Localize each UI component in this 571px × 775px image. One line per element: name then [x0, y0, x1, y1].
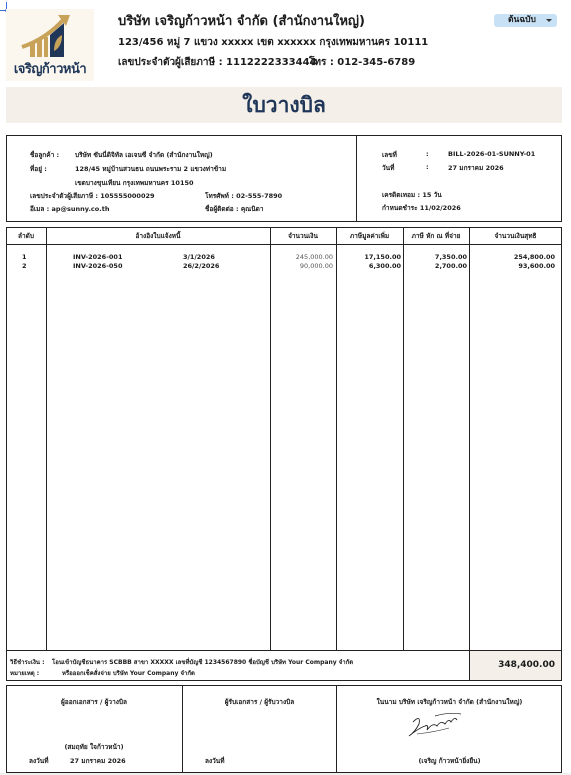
- row-1-net: 254,800.00: [469, 253, 555, 261]
- company-tax-id: เลขประจำตัวผู้เสียภาษี : 1112222333444: [118, 55, 317, 70]
- bill-date-colon: :: [426, 163, 429, 171]
- customer-contact: ชื่อผู้ติดต่อ : คุณนิดา: [205, 204, 264, 214]
- logo-wordmark: เจริญก้าวหน้า: [6, 58, 94, 79]
- header-invoice-ref: อ้างอิงใบแจ้งหนี้: [46, 227, 270, 245]
- document-title: ใบวางบิล: [6, 87, 562, 123]
- header-no: ลำดับ: [6, 227, 46, 245]
- header-vat: ภาษีมูลค่าเพิ่ม: [336, 227, 403, 245]
- customer-phone: โทรศัพท์ : 02-555-7890: [205, 191, 282, 201]
- chevron-down-icon[interactable]: [546, 19, 552, 22]
- customer-email: อีเมล : ap@sunny.co.th: [30, 204, 109, 214]
- header-wht: ภาษี หัก ณ ที่จ่าย: [403, 227, 469, 245]
- column-divider: [270, 227, 271, 651]
- column-divider: [403, 227, 404, 651]
- row-2-net: 93,600.00: [469, 262, 555, 270]
- row-1-date: 3/1/2026: [183, 253, 215, 261]
- row-2-vat: 6,300.00: [336, 262, 401, 270]
- payment-method-label: วิธีชำระเงิน :: [10, 657, 45, 667]
- signature-image: [405, 710, 465, 742]
- growth-chart-icon: [6, 9, 94, 65]
- issuer-name: (สมฤทัย ใจก้าวหน้า): [6, 742, 182, 752]
- grand-total: 348,400.00: [470, 651, 561, 680]
- header-amount: จำนวนเงิน: [270, 227, 336, 245]
- row-1-vat: 17,150.00: [336, 253, 401, 261]
- bill-date-label: วันที่: [382, 163, 394, 173]
- customer-box-divider: [356, 135, 357, 222]
- credit-term: เครดิตเทอม : 15 วัน: [382, 190, 442, 200]
- row-2-wht: 2,700.00: [403, 262, 467, 270]
- payment-method-text: โอนเข้าบัญชีธนาคาร SCBBB สาขา XXXXX เลขท…: [52, 657, 353, 667]
- row-2-no: 2: [22, 262, 27, 270]
- issuer-date-label: ลงวันที่: [29, 756, 49, 766]
- column-divider: [469, 227, 470, 651]
- customer-tax-id: เลขประจำตัวผู้เสียภาษี : 105555000029: [30, 191, 155, 201]
- bill-number-colon: :: [426, 150, 429, 158]
- row-2-amount: 90,000.00: [270, 262, 333, 270]
- bill-number: BILL-2026-01-SUNNY-01: [448, 150, 535, 158]
- authorized-name: (เจริญ ก้าวหน้ายิ่งยืน): [337, 756, 562, 766]
- receiver-title: ผู้รับเอกสาร / ผู้รับวางบิล: [183, 697, 336, 707]
- company-address: 123/456 หมู่ 7 แขวง xxxxx เขต xxxxxx กรุ…: [118, 35, 428, 50]
- items-table: [6, 227, 562, 651]
- header-net: จำนวนเงินสุทธิ: [469, 227, 562, 245]
- note-text: หรือออกเช็คสั่งจ่าย บริษัท Your Company …: [62, 668, 195, 678]
- row-1-wht: 7,350.00: [403, 253, 467, 261]
- due-date: กำหนดชำระ 11/02/2026: [382, 203, 461, 213]
- bill-date: 27 มกราคม 2026: [448, 163, 504, 173]
- customer-address-line2: เขตบางขุนเทียน กรุงเทพมหานคร 10150: [75, 178, 194, 188]
- company-phone: โทร : 012-345-6789: [309, 55, 415, 70]
- company-name: บริษัท เจริญก้าวหน้า จำกัด (สำนักงานใหญ่…: [118, 10, 365, 31]
- issuer-date: 27 มกราคม 2026: [70, 756, 126, 766]
- receiver-date-label: ลงวันที่: [205, 756, 225, 766]
- customer-name: บริษัท ซันนี่ดิจิทัล เอเจนซี จำกัด (สำนั…: [75, 150, 213, 160]
- bill-number-label: เลขที่: [382, 150, 397, 160]
- copy-type-dropdown[interactable]: ต้นฉบับ: [494, 14, 557, 27]
- customer-name-label: ชื่อลูกค้า :: [30, 150, 59, 160]
- copy-type-value: ต้นฉบับ: [508, 15, 536, 25]
- company-logo: เจริญก้าวหน้า: [6, 9, 94, 81]
- row-2-invoice: INV-2026-050: [73, 262, 122, 270]
- authorized-title: ในนาม บริษัท เจริญก้าวหน้า จำกัด (สำนักง…: [337, 697, 562, 707]
- row-2-date: 26/2/2026: [183, 262, 219, 270]
- row-1-no: 1: [22, 253, 27, 261]
- customer-address-label: ที่อยู่ :: [30, 164, 47, 174]
- row-1-invoice: INV-2026-001: [73, 253, 122, 261]
- row-1-amount: 245,000.00: [270, 253, 333, 261]
- issuer-title: ผู้ออกเอกสาร / ผู้วางบิล: [6, 697, 182, 707]
- note-label: หมายเหตุ :: [10, 668, 39, 678]
- customer-address-line1: 128/45 หมู่บ้านสวนธน ถนนพระราม 2 แขวงท่า…: [75, 164, 226, 174]
- column-divider: [336, 227, 337, 651]
- column-divider: [46, 227, 47, 651]
